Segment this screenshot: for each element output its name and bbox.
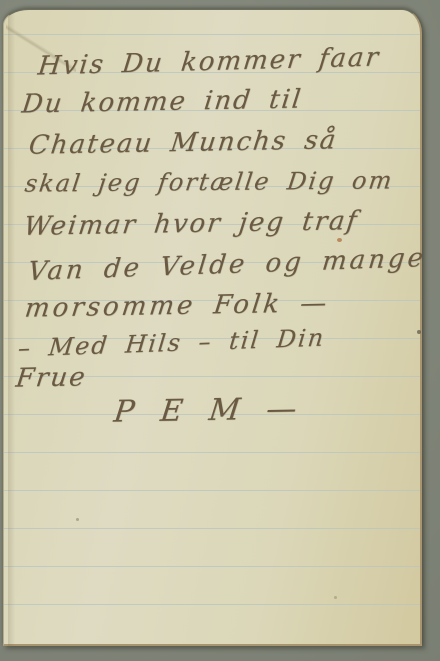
scan-background: Hvis Du kommer faar Du komme ind til Cha… [0, 0, 440, 661]
handwriting-block: Hvis Du kommer faar Du komme ind til Cha… [4, 10, 420, 644]
handwritten-line-7: morsomme Folk — [23, 288, 331, 323]
handwritten-line-1: Hvis Du kommer faar [36, 42, 381, 81]
handwritten-line-8: – Med Hils – til Din [17, 324, 327, 363]
handwritten-line-3: Chateau Munchs så [27, 125, 339, 160]
letter-page: Hvis Du kommer faar Du komme ind til Cha… [3, 9, 422, 646]
paper-speck [337, 238, 342, 242]
handwritten-line-4: skal jeg fortælle Dig om [23, 166, 395, 197]
signature-line: P E M — [112, 391, 304, 429]
paper-speck [417, 330, 421, 334]
paper-speck [334, 596, 337, 599]
handwritten-line-6: Van de Velde og mange [27, 243, 428, 287]
handwritten-line-2: Du komme ind til [20, 85, 304, 120]
paper-speck [76, 518, 79, 521]
handwritten-line-9: Frue [14, 362, 88, 393]
handwritten-line-5: Weimar hvor jeg traf [22, 206, 360, 242]
